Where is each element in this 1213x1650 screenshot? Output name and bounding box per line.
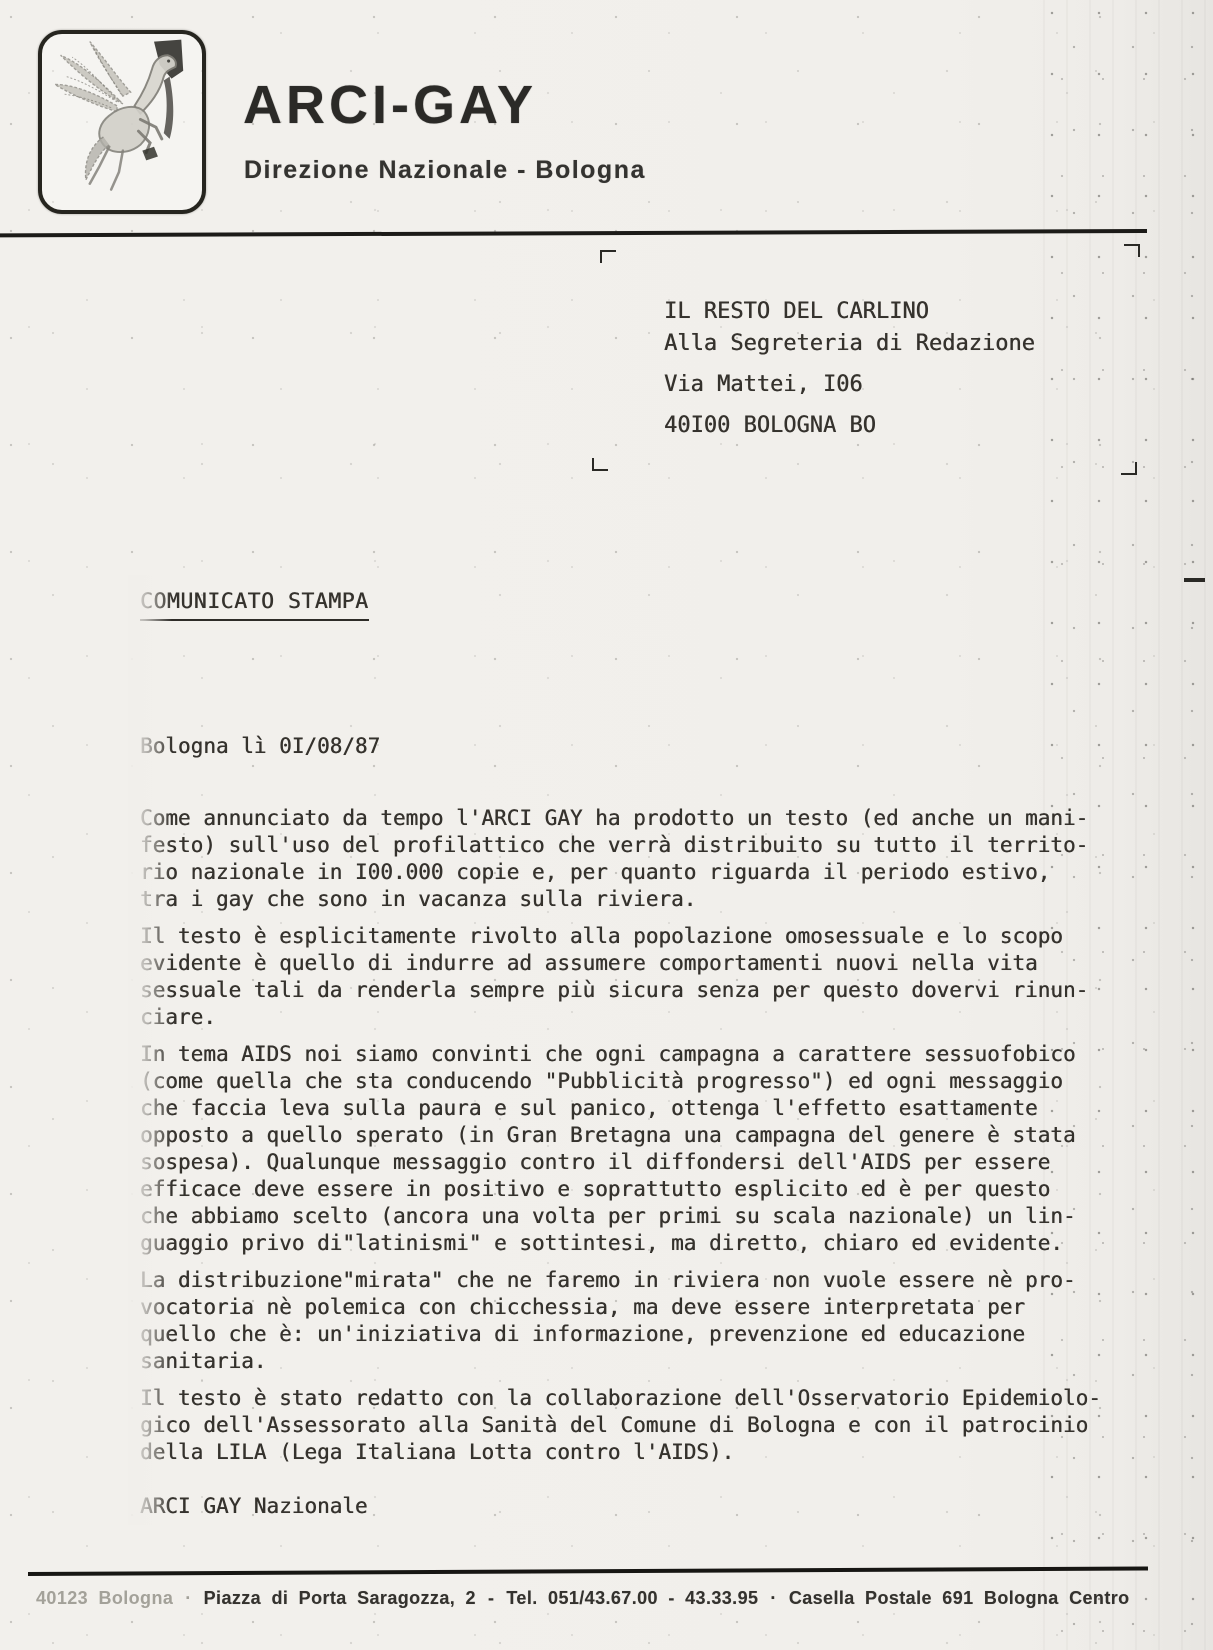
footer-phone: Tel. 051/43.67.00 - 43.33.95 — [506, 1588, 758, 1609]
address-window-mark-top-left — [600, 250, 616, 263]
press-release-scan: ARCI-GAY Direzione Nazionale - Bologna I… — [0, 0, 1213, 1650]
recipient-line: Alla Segreteria di Redazione — [664, 328, 1035, 360]
recipient-line: Via Mattei, I06 — [664, 369, 1035, 401]
org-name: ARCI-GAY — [243, 74, 537, 136]
footer-rule — [28, 1567, 1148, 1576]
footer-separator: · — [770, 1588, 776, 1609]
recipient-line: IL RESTO DEL CARLINO — [664, 296, 1035, 328]
dateline: Bologna lì 0I/08/87 — [140, 733, 1120, 760]
address-window-mark-bottom-right — [1121, 462, 1137, 475]
org-logo-box — [38, 30, 206, 214]
paragraph: Come annunciato da tempo l'ARCI GAY ha p… — [140, 805, 1120, 913]
footer-zip-city: 40123 Bologna — [36, 1588, 173, 1609]
recipient-line: 40I00 BOLOGNA BO — [664, 410, 1035, 442]
footer-separator: · — [185, 1588, 191, 1609]
signature: ARCI GAY Nazionale — [140, 1493, 1120, 1520]
paragraph: La distribuzione"mirata" che ne faremo i… — [140, 1267, 1120, 1375]
document-body: COMUNICATO STAMPA Bologna lì 0I/08/87 Co… — [140, 588, 1120, 1520]
recipient-address: IL RESTO DEL CARLINO Alla Segreteria di … — [664, 296, 1035, 442]
paragraph: In tema AIDS noi siamo convinti che ogni… — [140, 1041, 1120, 1257]
letterhead-rule — [0, 229, 1147, 237]
footer-separator: - — [488, 1588, 494, 1609]
fold-mark — [1184, 578, 1205, 582]
document-heading: COMUNICATO STAMPA — [140, 588, 369, 621]
address-window-mark-bottom-left — [592, 458, 608, 471]
footer-postal-box: Casella Postale 691 Bologna Centro — [789, 1588, 1130, 1609]
paragraph: Il testo è stato redatto con la collabor… — [140, 1385, 1120, 1466]
paragraph: Il testo è esplicitamente rivolto alla p… — [140, 923, 1120, 1031]
address-window-mark-top-right — [1124, 244, 1140, 257]
footer-address-line: 40123 Bologna · Piazza di Porta Saragozz… — [36, 1588, 1176, 1609]
footer-street: Piazza di Porta Saragozza, 2 — [204, 1588, 476, 1609]
org-subtitle: Direzione Nazionale - Bologna — [244, 156, 646, 185]
